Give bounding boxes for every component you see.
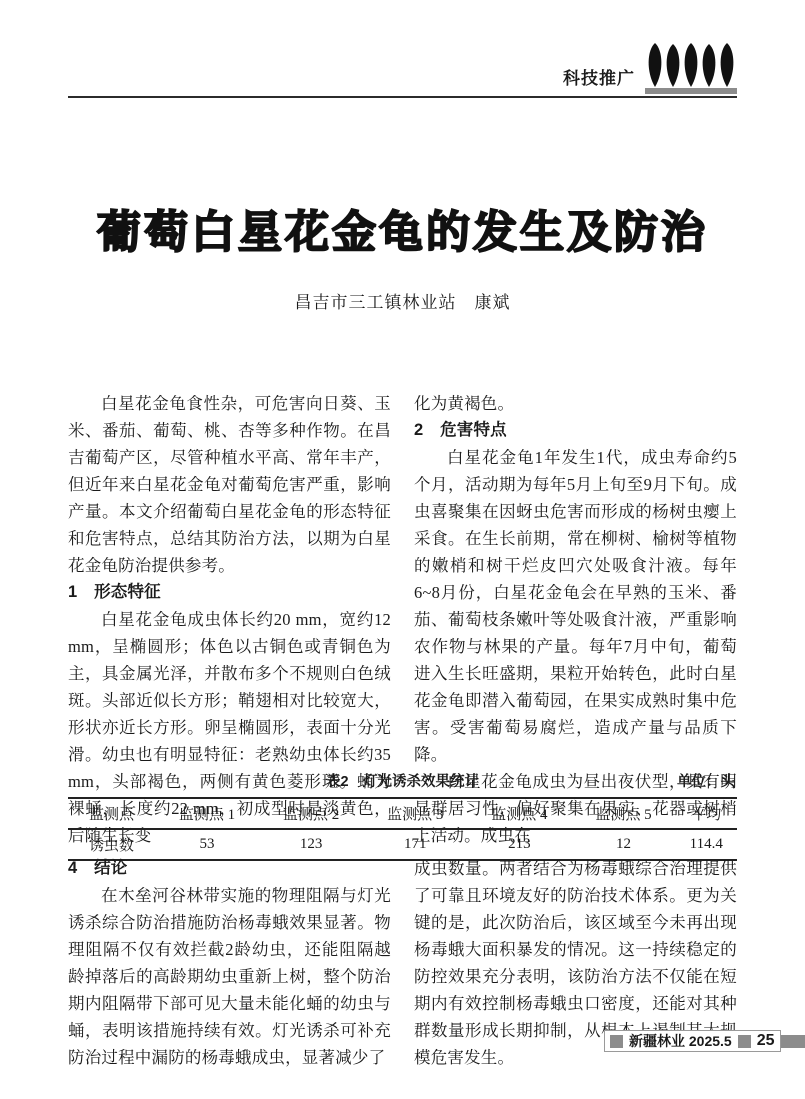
footer-box: 新疆林业 2025.5 25	[604, 1030, 781, 1052]
table-block: 表2 灯光诱杀效果统计 单位：头 监测点 监测点 1 监测点 2 监测点 3 监…	[68, 770, 737, 861]
table-header-cell: 监测点	[68, 798, 155, 829]
gray-square-icon	[610, 1035, 623, 1048]
section-1-continuation: 化为黄褐色。	[414, 390, 737, 417]
section-label: 科技推广	[563, 64, 635, 94]
intro-paragraph: 白星花金龟食性杂，可危害向日葵、玉米、番茄、葡萄、桃、杏等多种作物。在昌吉葡萄产…	[68, 390, 391, 579]
table-header-cell: 监测点 3	[363, 798, 467, 829]
article-title: 葡萄白星花金龟的发生及防治	[0, 196, 805, 260]
table-unit-label: 单位：头	[677, 770, 735, 794]
table-header-row: 监测点 监测点 1 监测点 2 监测点 3 监测点 4 监测点 5 平均	[68, 798, 737, 829]
stats-table: 监测点 监测点 1 监测点 2 监测点 3 监测点 4 监测点 5 平均 诱虫数…	[68, 797, 737, 861]
section-4-heading: 4 结论	[68, 855, 391, 882]
column-bottom-left: 4 结论 在木垒河谷林带实施的物理阻隔与灯光诱杀综合防治措施防治杨毒蛾效果显著。…	[68, 855, 391, 1071]
section-4-paragraph: 在木垒河谷林带实施的物理阻隔与灯光诱杀综合防治措施防治杨毒蛾效果显著。物理阻隔不…	[68, 882, 391, 1071]
page: 科技推广 葡萄白星花金龟的发生及防治 昌吉市三工镇林业站 康斌 白星花金龟食性杂…	[0, 0, 805, 1099]
page-number: 25	[757, 1032, 775, 1050]
column-top-left: 白星花金龟食性杂，可危害向日葵、玉米、番茄、葡萄、桃、杏等多种作物。在昌吉葡萄产…	[68, 390, 391, 758]
table-header-cell: 平均	[676, 798, 737, 829]
section-2-heading: 2 危害特点	[414, 417, 737, 444]
trees-icon-graphic	[645, 42, 737, 88]
table-header-cell: 监测点 5	[571, 798, 675, 829]
byline: 昌吉市三工镇林业站 康斌	[0, 288, 805, 313]
table-caption-row: 表2 灯光诱杀效果统计 单位：头	[68, 770, 737, 794]
section-2-paragraph-1: 白星花金龟1年发生1代，成虫寿命约5个月，活动期为每年5月上旬至9月下旬。成虫喜…	[414, 444, 737, 768]
table-header-cell: 监测点 4	[467, 798, 571, 829]
trees-icon	[645, 42, 737, 94]
gray-square-icon	[738, 1035, 751, 1048]
table-caption: 表2 灯光诱杀效果统计	[68, 770, 737, 794]
header-rule	[68, 96, 737, 98]
table-header-cell: 监测点 1	[155, 798, 259, 829]
trees-base-bar	[645, 88, 737, 94]
page-footer: 新疆林业 2025.5 25	[604, 1030, 805, 1052]
journal-label: 新疆林业 2025.5	[629, 1031, 732, 1051]
page-header: 科技推广	[68, 40, 737, 94]
column-top-right: 化为黄褐色。 2 危害特点 白星花金龟1年发生1代，成虫寿命约5个月，活动期为每…	[414, 390, 737, 758]
footer-bar	[781, 1035, 805, 1048]
section-1-heading: 1 形态特征	[68, 579, 391, 606]
table-header-cell: 监测点 2	[259, 798, 363, 829]
